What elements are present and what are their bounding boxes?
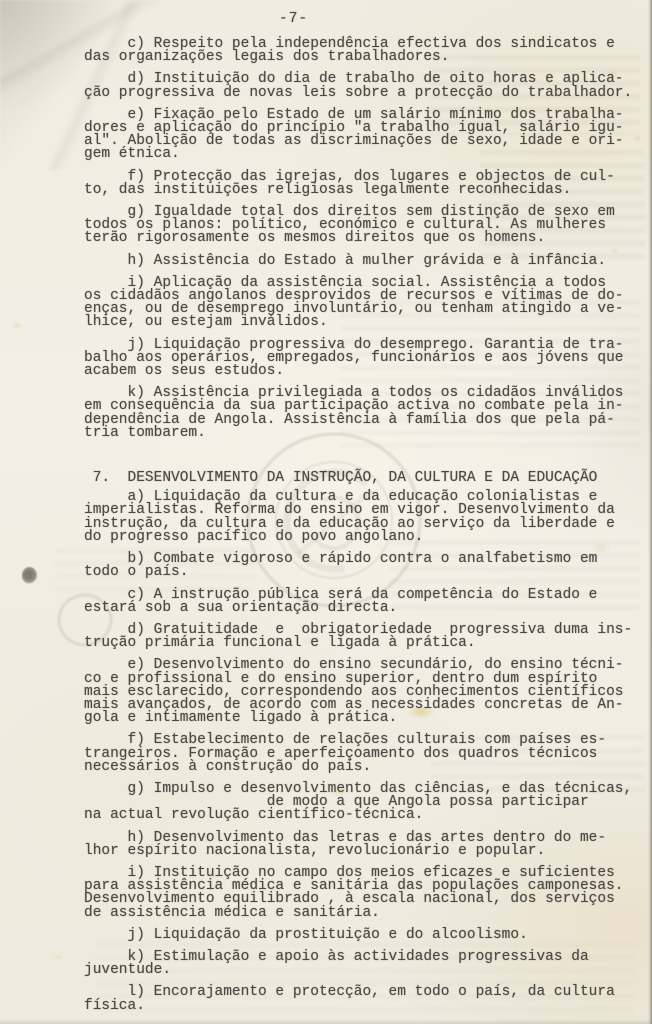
stain	[52, 952, 65, 962]
section-7-heading: 7. DESENVOLVIMENTO DA INSTRUÇÃO, DA CULT…	[84, 472, 640, 485]
paragraph-7-g: g) Impulso e desenvolvimento das ciência…	[84, 783, 640, 823]
paragraph-6-d: d) Instituição do dia de trabalho de oit…	[84, 73, 640, 99]
paragraph-6-h: h) Assistência do Estado à mulher grávid…	[84, 255, 640, 268]
scan-edge	[648, 0, 652, 1024]
paragraph-7-l: l) Encorajamento e protecção, em todo o …	[84, 986, 640, 1012]
punch-hole	[22, 567, 37, 584]
scanned-page: -7- c) Respeito pela independência efect…	[0, 0, 652, 1024]
scan-edge	[0, 1019, 652, 1024]
paragraph-7-a: a) Liquidação da cultura e da educação c…	[84, 491, 640, 544]
paragraph-6-f: f) Protecção das igrejas, dos lugares e …	[84, 171, 640, 197]
paragraph-6-e: e) Fixação pelo Estado de um salário mín…	[84, 109, 640, 162]
paragraph-6-g: g) Igualdade total dos direitos sem dist…	[84, 206, 640, 246]
paragraph-7-h: h) Desenvolvimento das letras e das arte…	[84, 832, 640, 858]
document-body: c) Respeito pela independência efectiva …	[84, 38, 640, 1013]
paragraph-6-k: k) Assistência privilegiada a todos os c…	[84, 387, 640, 440]
paragraph-7-d: d) Gratuitidade e obrigatoriedade progre…	[84, 624, 640, 650]
paragraph-7-i: i) Instituição no campo dos meios eficaz…	[84, 867, 640, 920]
paragraph-7-c: c) A instrução pública será da competênc…	[84, 589, 640, 615]
page-number: -7-	[279, 11, 308, 27]
paragraph-6-c: c) Respeito pela independência efectiva …	[84, 38, 640, 64]
paragraph-7-e: e) Desenvolvimento do ensino secundário,…	[84, 659, 640, 725]
paragraph-6-i: i) Aplicação da assistência social. Assi…	[84, 277, 640, 330]
paragraph-7-k: k) Estimulação e apoio às actividades pr…	[84, 951, 640, 977]
paragraph-7-b: b) Combate vigoroso e rápido contra o an…	[84, 553, 640, 579]
paragraph-7-j: j) Liquidação da prostituição e do alcoo…	[84, 929, 640, 942]
paragraph-6-j: j) Liquidação progressiva do desemprego.…	[84, 339, 640, 379]
stain	[10, 320, 25, 331]
paragraph-7-f: f) Estabelecimento de relações culturais…	[84, 734, 640, 774]
